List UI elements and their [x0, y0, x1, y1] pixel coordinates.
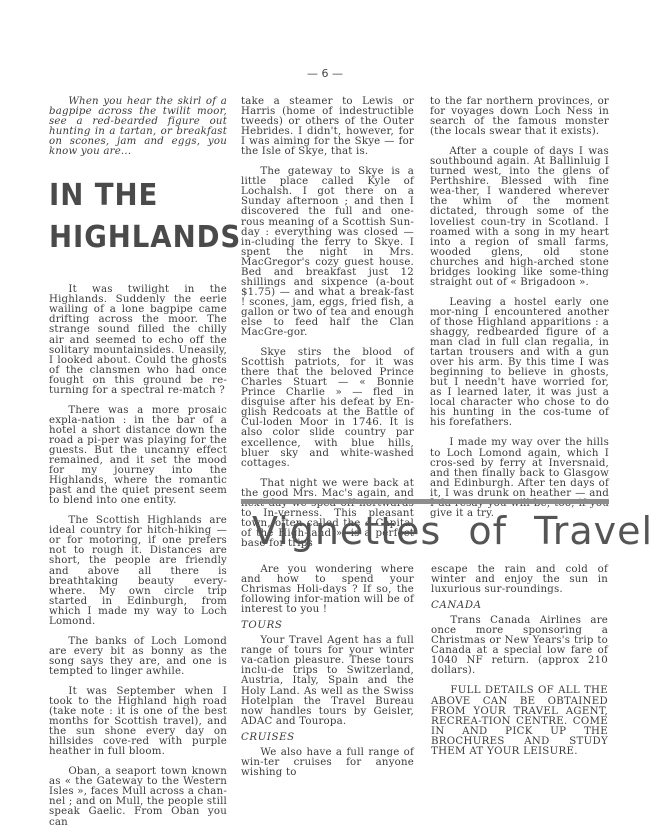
vignettes-title: Vignettes of Travel — [252, 506, 612, 556]
vignettes-intro: Are you wondering where and how to spend… — [241, 565, 414, 615]
page-number: — 6 — — [0, 67, 650, 80]
article-paragraph: It was September when I took to the High… — [49, 687, 227, 757]
article-paragraph: The banks of Loch Lomond are every bit a… — [49, 637, 227, 677]
section-heading-cruises: CRUISES — [241, 733, 414, 743]
article-column-3: to the far northern provinces, or for vo… — [430, 97, 609, 529]
vignettes-column-1: Are you wondering where and how to spend… — [241, 565, 414, 788]
headline-line-1: IN THE — [49, 175, 213, 217]
section-heading-canada: CANADA — [431, 601, 608, 611]
section-text-cruises: We also have a full range of win-ter cru… — [241, 748, 414, 778]
headline-line-2: HIGHLANDS — [49, 217, 213, 259]
article-paragraph: take a steamer to Lewis or Harris (home … — [241, 97, 414, 157]
section-text-canada: Trans Canada Airlines are once more spon… — [431, 616, 608, 676]
section-text-tours: Your Travel Agent has a full range of to… — [241, 636, 414, 726]
article-paragraph: The gateway to Skye is a little place ca… — [241, 167, 414, 338]
vignettes-column-2: escape the rain and cold of winter and e… — [431, 565, 608, 767]
section-text-cruises-continued: escape the rain and cold of winter and e… — [431, 565, 608, 595]
article-paragraph: After a couple of days I was southbound … — [430, 147, 609, 288]
article-paragraph: to the far northern provinces, or for vo… — [430, 97, 609, 137]
section-divider-rule — [241, 499, 609, 504]
article-paragraph: Oban, a seaport town known as « the Gate… — [49, 767, 227, 827]
article-headline: IN THE HIGHLANDS — [49, 175, 213, 259]
article-paragraph: There was a more prosaic expla-nation : … — [49, 406, 227, 506]
article-column-2: take a steamer to Lewis or Harris (home … — [241, 97, 414, 559]
article-paragraph: The Scottish Highlands are ideal country… — [49, 516, 227, 627]
article-intro: When you hear the skirl of a bagpipe acr… — [49, 97, 227, 157]
article-paragraph: It was twilight in the Highlands. Sudden… — [49, 285, 227, 396]
closing-notice: FULL DETAILS OF ALL THE ABOVE CAN BE OBT… — [431, 686, 608, 756]
article-paragraph: Leaving a hostel early one mor-ning I en… — [430, 298, 609, 429]
article-column-1: When you hear the skirl of a bagpipe acr… — [49, 97, 227, 833]
article-paragraph: Skye stirs the blood of Scottish patriot… — [241, 348, 414, 469]
section-heading-tours: TOURS — [241, 621, 414, 631]
